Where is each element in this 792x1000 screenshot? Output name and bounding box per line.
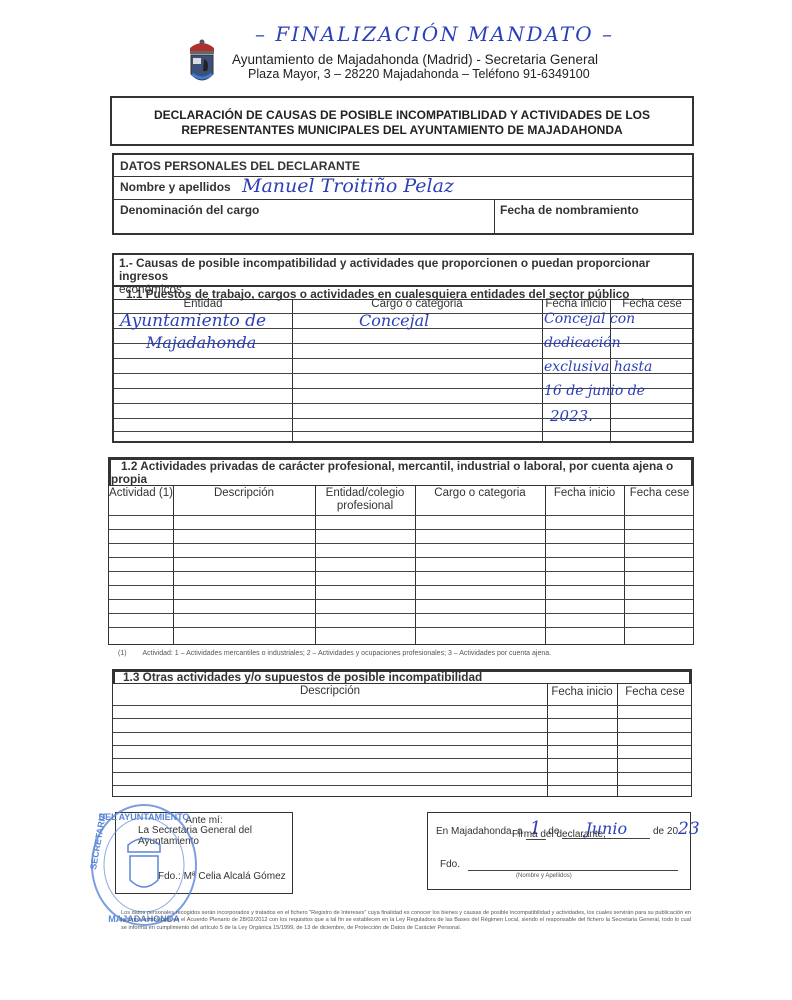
section-1-2-heading: 1.2 Actividades privadas de carácter pro… <box>121 460 673 486</box>
name-field[interactable]: Manuel Troitiño Pelaz <box>242 175 454 197</box>
footnote-text: Actividad: 1 – Actividades mercantiles o… <box>143 650 552 657</box>
personal-data-heading: DATOS PERSONALES DEL DECLARANTE <box>120 159 360 173</box>
handwritten-fecha-5: 2023. <box>550 407 593 425</box>
legal-notice: Los datos personales recogidos serán inc… <box>121 910 691 932</box>
handwritten-fecha-3: exclusiva hasta <box>544 359 652 375</box>
col-fecha-cese: Fecha cese <box>624 487 695 499</box>
col-fecha-inicio: Fecha inicio <box>547 686 617 698</box>
section-1-heading-line-1: 1.- Causas de posible incompatibilidad y… <box>119 257 692 283</box>
col-actividad: Actividad (1) <box>109 487 173 500</box>
title-line-1: DECLARACIÓN DE CAUSAS DE POSIBLE INCOMPA… <box>112 108 692 123</box>
fdo-label: Fdo. <box>440 859 460 870</box>
col-fecha-inicio: Fecha inicio <box>545 487 624 499</box>
personal-data-section: DATOS PERSONALES DEL DECLARANTE Nombre y… <box>112 153 694 235</box>
handwritten-fecha-2: dedicación <box>544 335 621 351</box>
declarant-signature-box: En Majadahonda, a 1 de Junio de 2023 Fir… <box>427 812 691 890</box>
col-cargo-categoria: Cargo o categoria <box>415 487 545 499</box>
appointment-date-field[interactable] <box>500 217 685 231</box>
col-entidad: Entidad <box>114 298 292 310</box>
section-1-3-other-activities: 1.3 Otras actividades y/o supuestos de p… <box>112 669 692 797</box>
col-descripcion: Descripción <box>173 487 315 499</box>
handwritten-fecha-1: Concejal con <box>544 311 635 327</box>
position-label: Denominación del cargo <box>120 203 259 217</box>
handwritten-annotation: – FINALIZACIÓN MANDATO – <box>255 22 614 46</box>
organization-name: Ayuntamiento de Majadahonda (Madrid) - S… <box>232 52 598 67</box>
appointment-date-label: Fecha de nombramiento <box>500 203 639 217</box>
handwritten-entidad-2: Majadahonda <box>146 333 256 352</box>
col-entidad-colegio: Entidad/colegio profesional <box>315 487 415 513</box>
section-1-public-sector: 1.- Causas de posible incompatibilidad y… <box>112 253 694 443</box>
section-1-2-heading-line-2: propia <box>111 473 673 486</box>
col-descripcion: Descripción <box>113 685 547 697</box>
svg-text:SECRETARIA: SECRETARIA <box>88 811 108 870</box>
document-title: DECLARACIÓN DE CAUSAS DE POSIBLE INCOMPA… <box>112 108 692 138</box>
col-fecha-cese: Fecha cese <box>617 686 693 698</box>
activity-footnote: (1) Actividad: 1 – Actividades mercantil… <box>118 650 551 657</box>
col-cargo: Cargo o categoria <box>292 298 542 310</box>
title-line-2: REPRESENTANTES MUNICIPALES DEL AYUNTAMIE… <box>112 123 692 138</box>
svg-text:DEL AYUNTAMIENTO: DEL AYUNTAMIENTO <box>99 812 190 822</box>
handwritten-fecha-4: 16 de junio de <box>544 383 645 399</box>
document-title-box: DECLARACIÓN DE CAUSAS DE POSIBLE INCOMPA… <box>110 96 694 146</box>
position-field[interactable] <box>120 217 490 231</box>
coat-of-arms-icon <box>186 38 218 88</box>
handwritten-entidad-1: Ayuntamiento de <box>120 311 266 331</box>
handwritten-cargo: Concejal <box>359 311 429 330</box>
name-hint: (Nombre y Apellidos) <box>516 873 572 879</box>
name-label: Nombre y apellidos <box>120 180 231 194</box>
footnote-marker: (1) <box>118 650 127 657</box>
organization-address: Plaza Mayor, 3 – 28220 Majadahonda – Tel… <box>248 67 590 81</box>
col-fecha-cese: Fecha cese <box>610 298 694 310</box>
firma-label: Firma del declarante, <box>428 829 690 840</box>
signature-line[interactable] <box>468 870 678 871</box>
col-fecha-inicio: Fecha inicio <box>542 298 610 310</box>
section-1-3-heading: 1.3 Otras actividades y/o supuestos de p… <box>123 670 482 684</box>
section-1-2-private-activities: 1.2 Actividades privadas de carácter pro… <box>108 457 694 645</box>
section-1-2-heading-line-1: 1.2 Actividades privadas de carácter pro… <box>121 460 673 473</box>
